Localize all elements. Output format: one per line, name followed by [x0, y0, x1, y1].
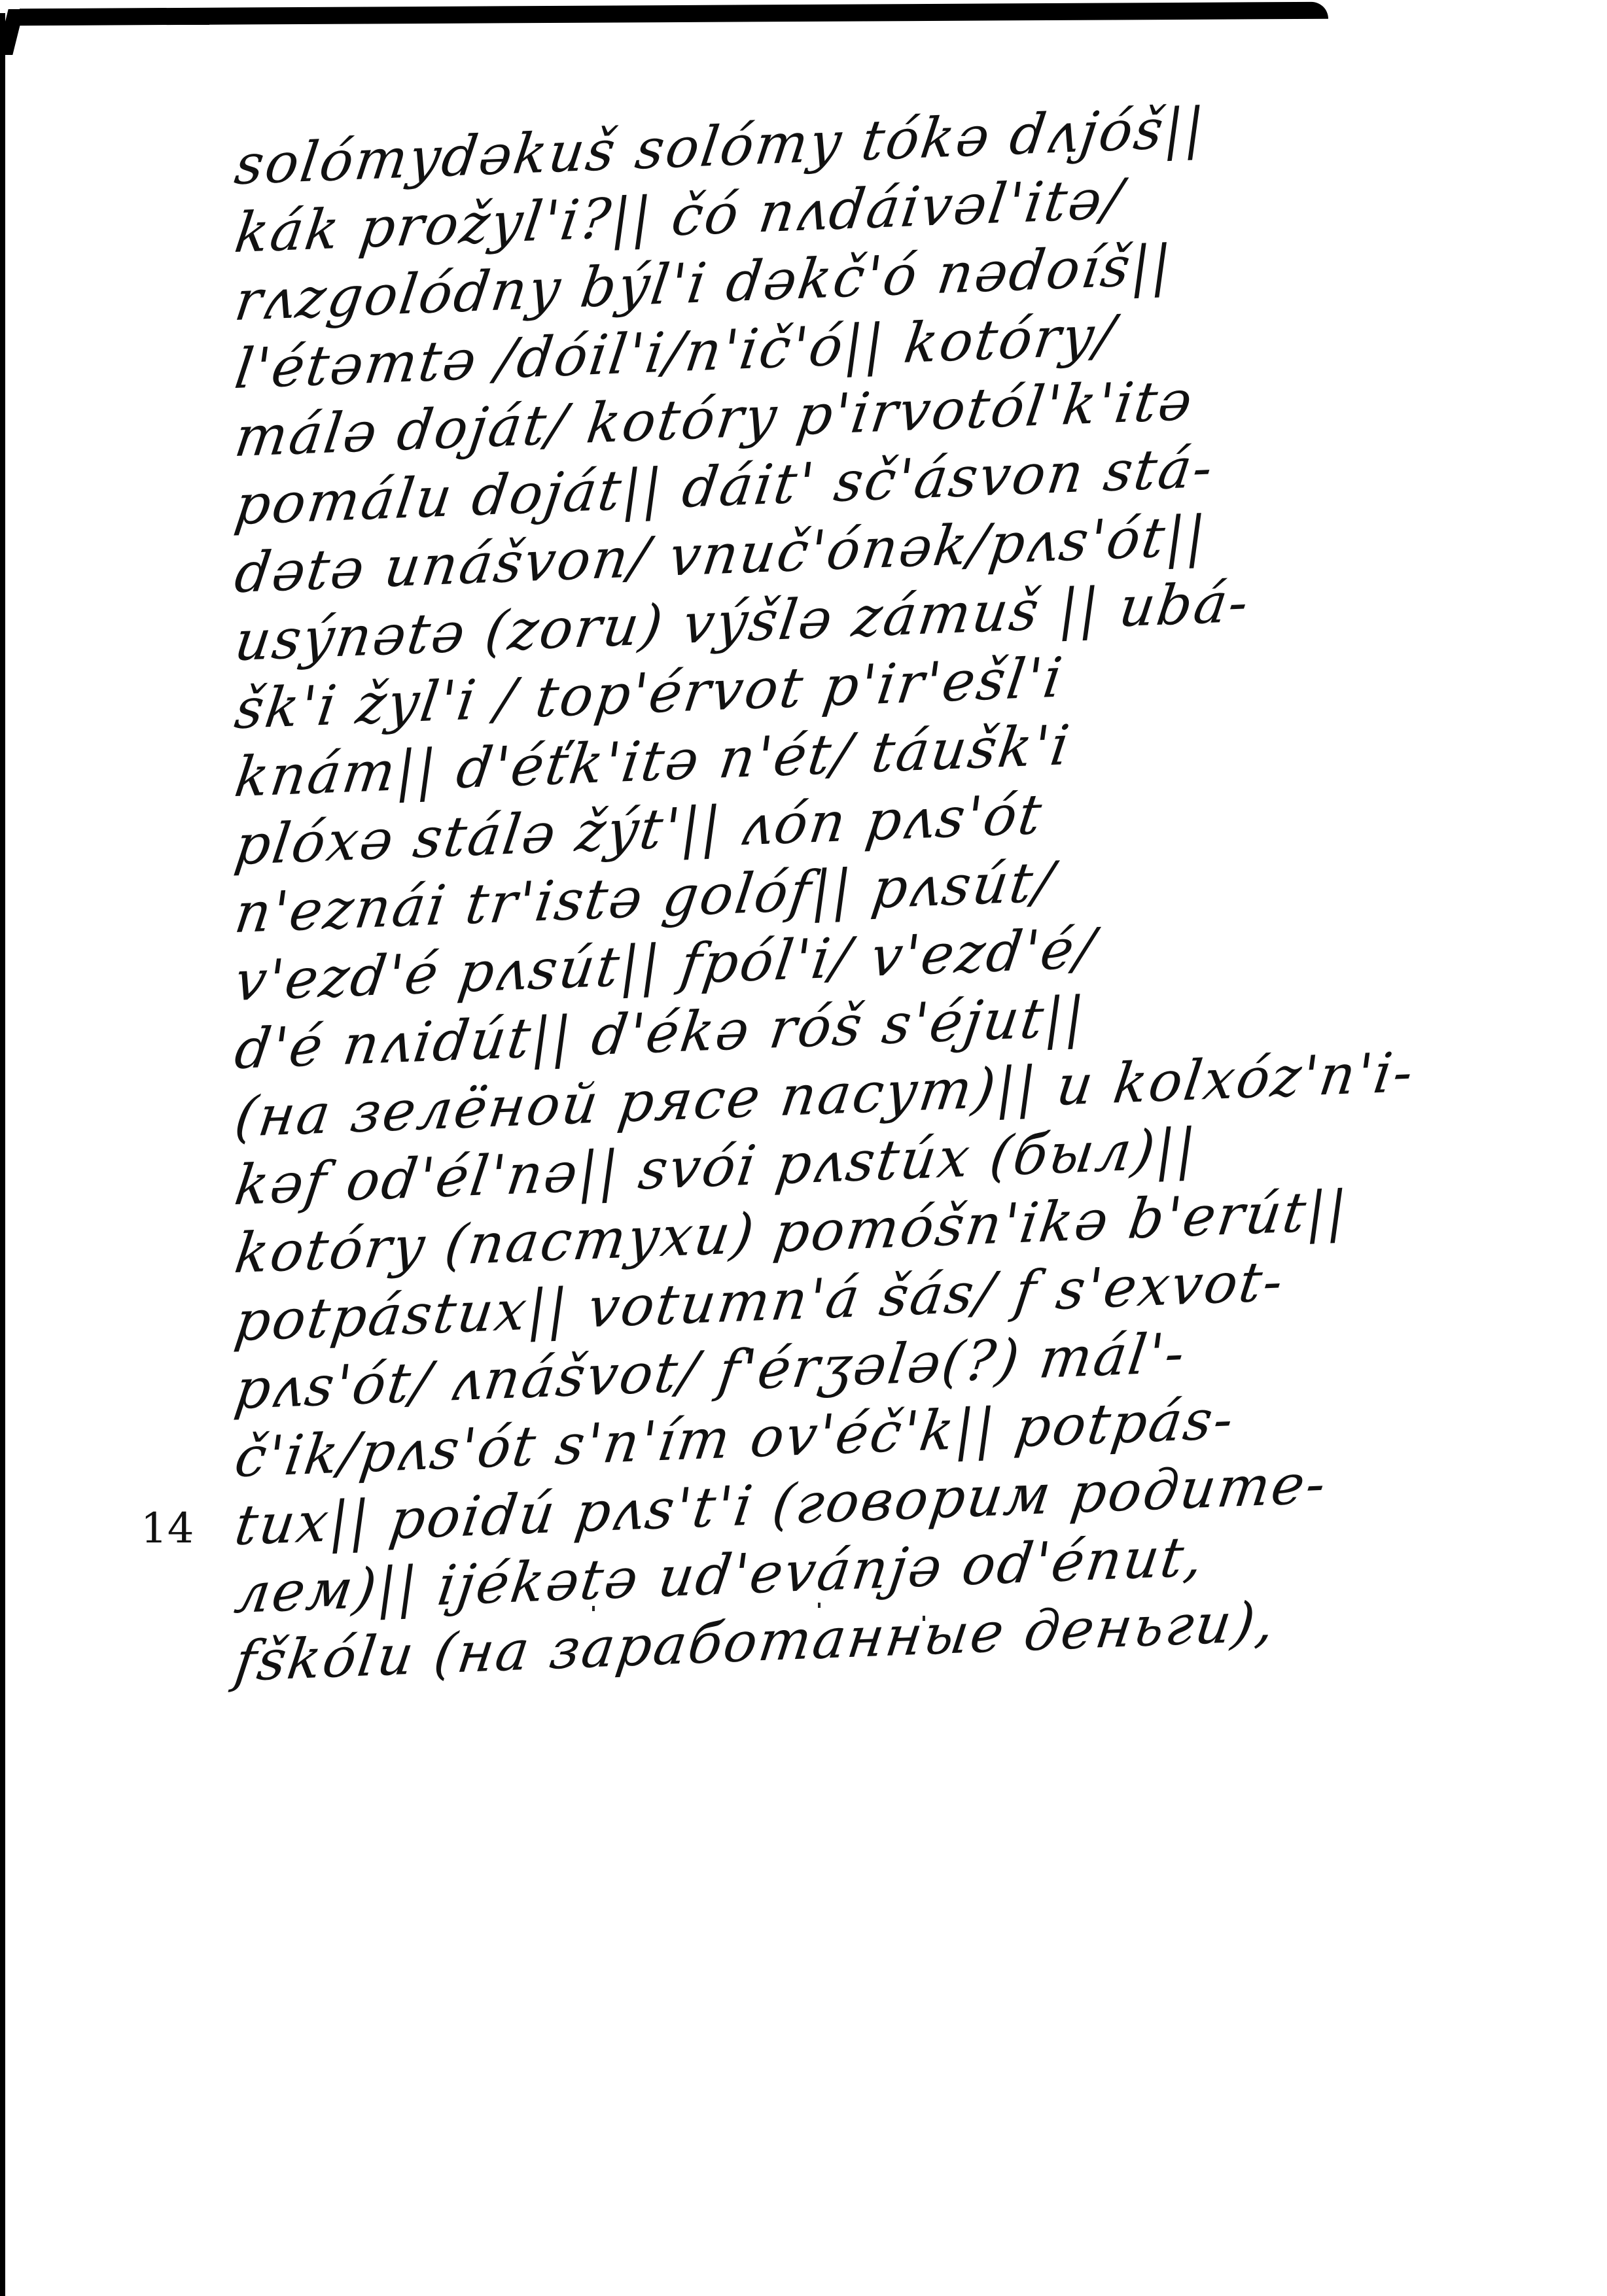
- scan-speck: [592, 1606, 595, 1611]
- scan-binding-edge-top-inner: [13, 20, 209, 25]
- scan-binding-edge-left: [0, 13, 5, 2296]
- handwritten-text-block: solómydəkuš solómy tókə dʌjóš|| kák prož…: [236, 131, 1361, 1696]
- page-number: 14: [141, 1505, 194, 1553]
- scan-speck: [923, 1616, 925, 1621]
- scan-speck: [818, 1603, 821, 1608]
- scan-binding-edge-top: [20, 2, 1328, 26]
